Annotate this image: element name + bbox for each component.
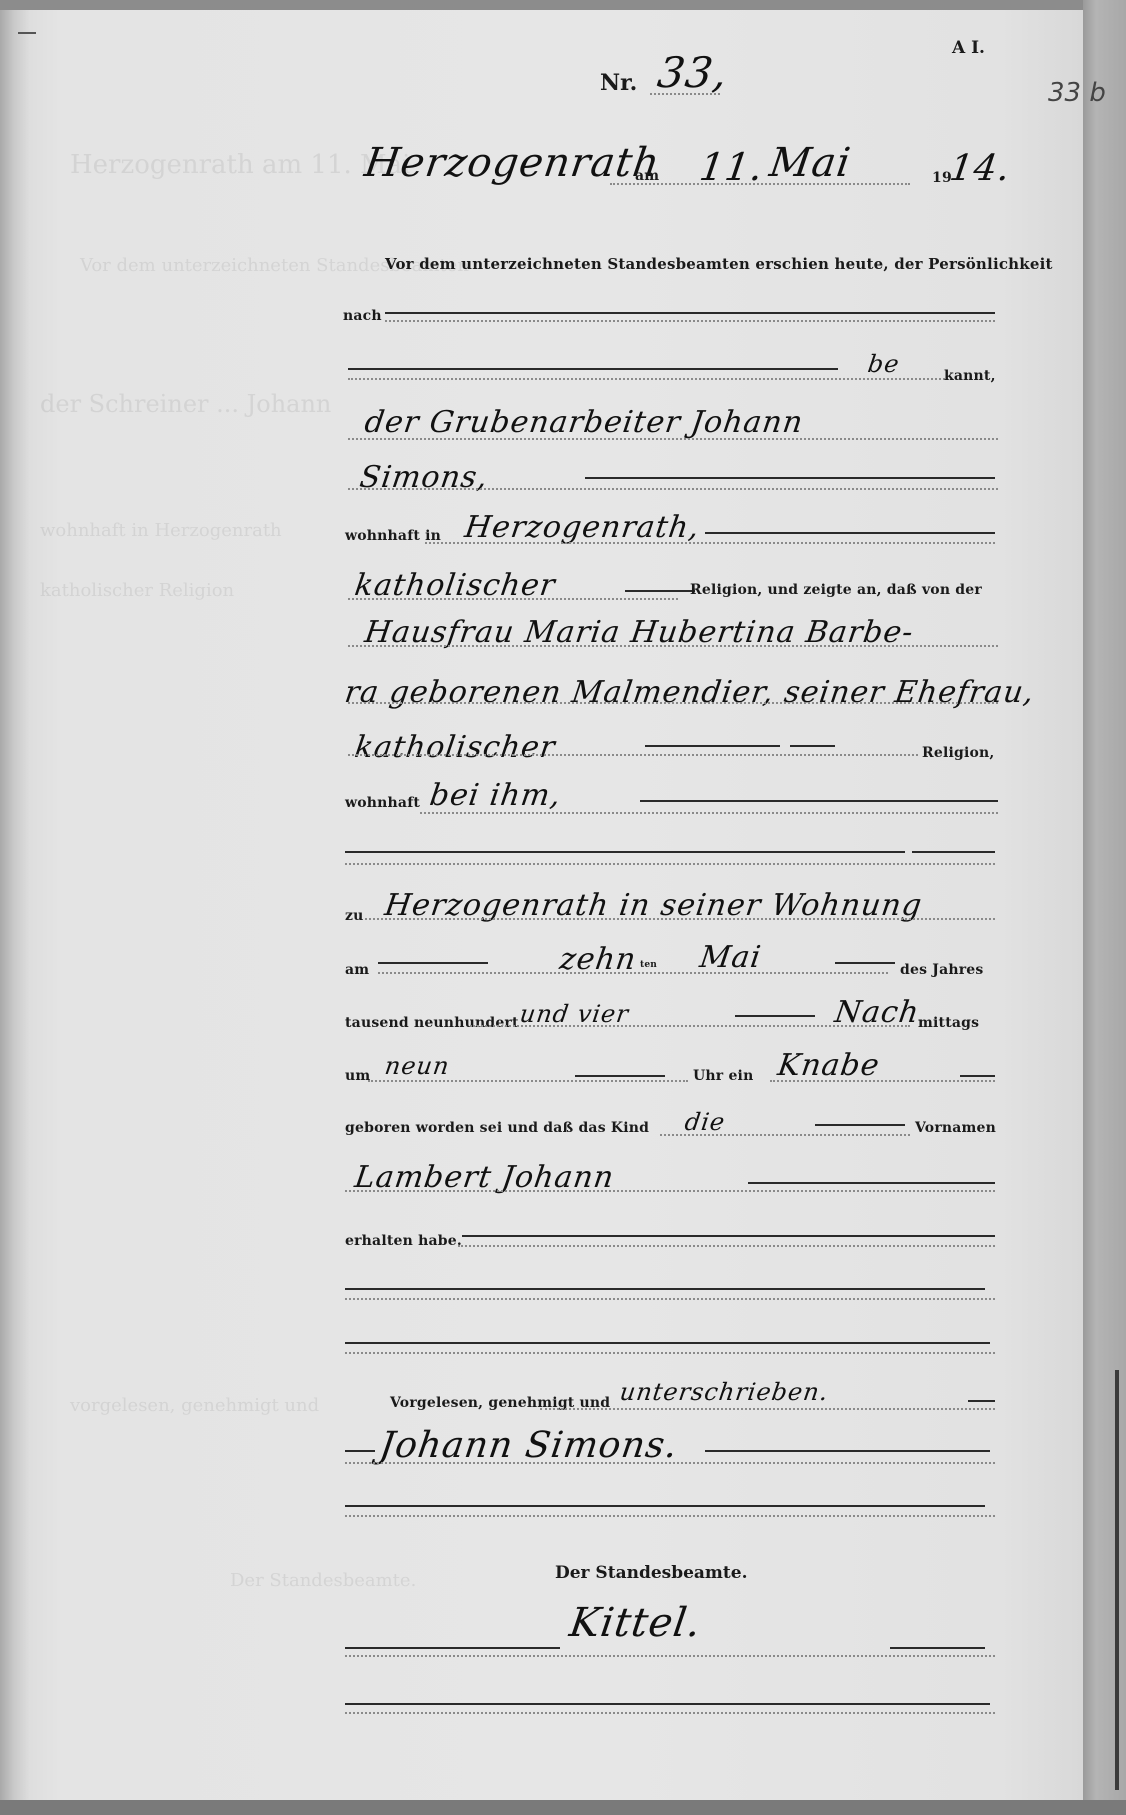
number-label: Nr. xyxy=(600,70,637,96)
official-title: Der Standesbeamte. xyxy=(555,1563,748,1583)
fill-line xyxy=(835,962,895,964)
fill-dots xyxy=(770,1080,995,1082)
um-label: um xyxy=(345,1068,370,1084)
die-handwritten: die xyxy=(683,1108,727,1136)
binding-mark xyxy=(1115,1370,1119,1790)
fill-dots xyxy=(345,1298,995,1300)
fill-line xyxy=(345,1288,985,1290)
fill-line xyxy=(575,1075,665,1077)
fill-line xyxy=(705,532,995,534)
informant-occupation-name: der Grubenarbeiter Johann xyxy=(363,405,806,440)
mittags-label: mittags xyxy=(918,1015,979,1031)
bekannt-label: kannt, xyxy=(944,368,996,384)
page-edge xyxy=(1083,0,1126,1815)
fill-line xyxy=(462,1235,995,1237)
fill-line xyxy=(345,851,905,853)
fill-dots xyxy=(345,1515,995,1517)
geboren-label: geboren worden sei und daß das Kind xyxy=(345,1120,649,1136)
fill-line xyxy=(748,1182,995,1184)
fill-dots xyxy=(470,1025,910,1027)
fill-dots xyxy=(348,438,998,440)
informant-signature: Johann Simons. xyxy=(377,1425,680,1466)
fill-dots xyxy=(458,1245,995,1247)
fill-dots xyxy=(425,542,995,544)
fill-dots xyxy=(650,93,720,95)
fill-dots xyxy=(660,1134,910,1136)
fill-line xyxy=(625,590,695,592)
religion-label: Religion, xyxy=(922,745,994,761)
fill-dots xyxy=(368,1080,688,1082)
fill-dots xyxy=(540,1408,995,1410)
fill-line xyxy=(960,1075,995,1077)
fill-dots xyxy=(345,1655,995,1657)
vornamen-label: Vornamen xyxy=(915,1120,996,1136)
unterschrieben-handwritten: unterschrieben. xyxy=(618,1378,830,1406)
religion-statement: Religion, und zeigte an, daß von der xyxy=(690,582,982,598)
birth-year-words: und vier xyxy=(518,1000,631,1028)
fill-dots xyxy=(345,1352,995,1354)
bleed-through-text: wohnhaft in Herzogenrath xyxy=(40,520,282,541)
scan-mark xyxy=(18,32,36,34)
fill-line xyxy=(968,1400,995,1402)
registration-month: Mai xyxy=(767,140,854,186)
mother-residence: bei ihm, xyxy=(428,778,564,813)
day-suffix: ten xyxy=(640,960,657,970)
official-signature: Kittel. xyxy=(567,1600,704,1646)
fill-line xyxy=(735,1015,815,1017)
fill-dots xyxy=(348,645,998,647)
fill-dots xyxy=(378,972,888,974)
bleed-through-text: Der Standesbeamte. xyxy=(230,1570,416,1591)
bleed-through-text: Herzogenrath am 11. Mai xyxy=(70,150,410,180)
fill-line xyxy=(790,745,835,747)
bleed-through-text: katholischer Religion xyxy=(40,580,234,601)
fill-dots xyxy=(345,1190,995,1192)
fill-line xyxy=(345,1342,990,1344)
mother-religion: katholischer xyxy=(353,730,558,765)
fill-line xyxy=(815,1124,905,1126)
intro-text: Vor dem unterzeichneten Standesbeamten e… xyxy=(385,255,1053,273)
wohnhaft-label: wohnhaft xyxy=(345,795,420,811)
uhr-ein-label: Uhr ein xyxy=(693,1068,753,1084)
fill-dots xyxy=(348,598,678,600)
fill-dots xyxy=(348,702,998,704)
fill-line xyxy=(585,477,995,479)
scan-border xyxy=(0,1800,1126,1815)
birth-hour: neun xyxy=(383,1052,452,1080)
fill-dots xyxy=(420,812,998,814)
fill-line xyxy=(890,1647,985,1649)
nach-label: nach xyxy=(343,308,382,324)
fill-line xyxy=(345,1703,990,1705)
am-label: am xyxy=(635,168,659,184)
fill-line xyxy=(912,851,995,853)
am-label-2: am xyxy=(345,962,369,978)
fill-dots xyxy=(348,378,948,380)
fill-dots xyxy=(345,1712,995,1714)
registration-place: Herzogenrath xyxy=(362,140,663,186)
mother-maiden-name: ra geborenen Malmendier, seiner Ehefrau, xyxy=(343,675,1037,710)
fill-line xyxy=(640,800,998,802)
fill-dots xyxy=(345,1462,995,1464)
fill-dots xyxy=(365,918,995,920)
year-suffix: 14. xyxy=(947,148,1013,189)
fill-line xyxy=(348,368,838,370)
fill-line xyxy=(645,745,780,747)
tausend-label: tausend neunhundert xyxy=(345,1015,519,1031)
informant-residence: Herzogenrath, xyxy=(463,510,702,545)
fill-line xyxy=(378,962,488,964)
bekannt-handwritten: be xyxy=(866,350,902,378)
record-number: 33, xyxy=(655,48,732,97)
fill-line xyxy=(705,1450,990,1452)
fill-dots xyxy=(610,183,910,185)
fill-line xyxy=(345,1647,560,1649)
child-sex: Knabe xyxy=(776,1048,882,1083)
bleed-through-text: vorgelesen, genehmigt und xyxy=(70,1395,319,1416)
margin-note: 33 b xyxy=(1048,78,1106,108)
form-code: A I. xyxy=(952,38,985,58)
erhalten-label: erhalten habe. xyxy=(345,1233,462,1249)
zu-label: zu xyxy=(345,908,364,924)
fill-dots xyxy=(345,863,995,865)
fill-dots xyxy=(348,488,998,490)
fill-dots xyxy=(385,320,995,322)
fill-line xyxy=(345,1505,985,1507)
bleed-through-text: der Schreiner ... Johann xyxy=(40,390,331,418)
birth-month: Mai xyxy=(698,940,764,975)
fill-line xyxy=(385,312,995,314)
des-jahres-label: des Jahres xyxy=(900,962,984,978)
fill-dots xyxy=(348,754,918,756)
fill-line xyxy=(345,1450,375,1452)
